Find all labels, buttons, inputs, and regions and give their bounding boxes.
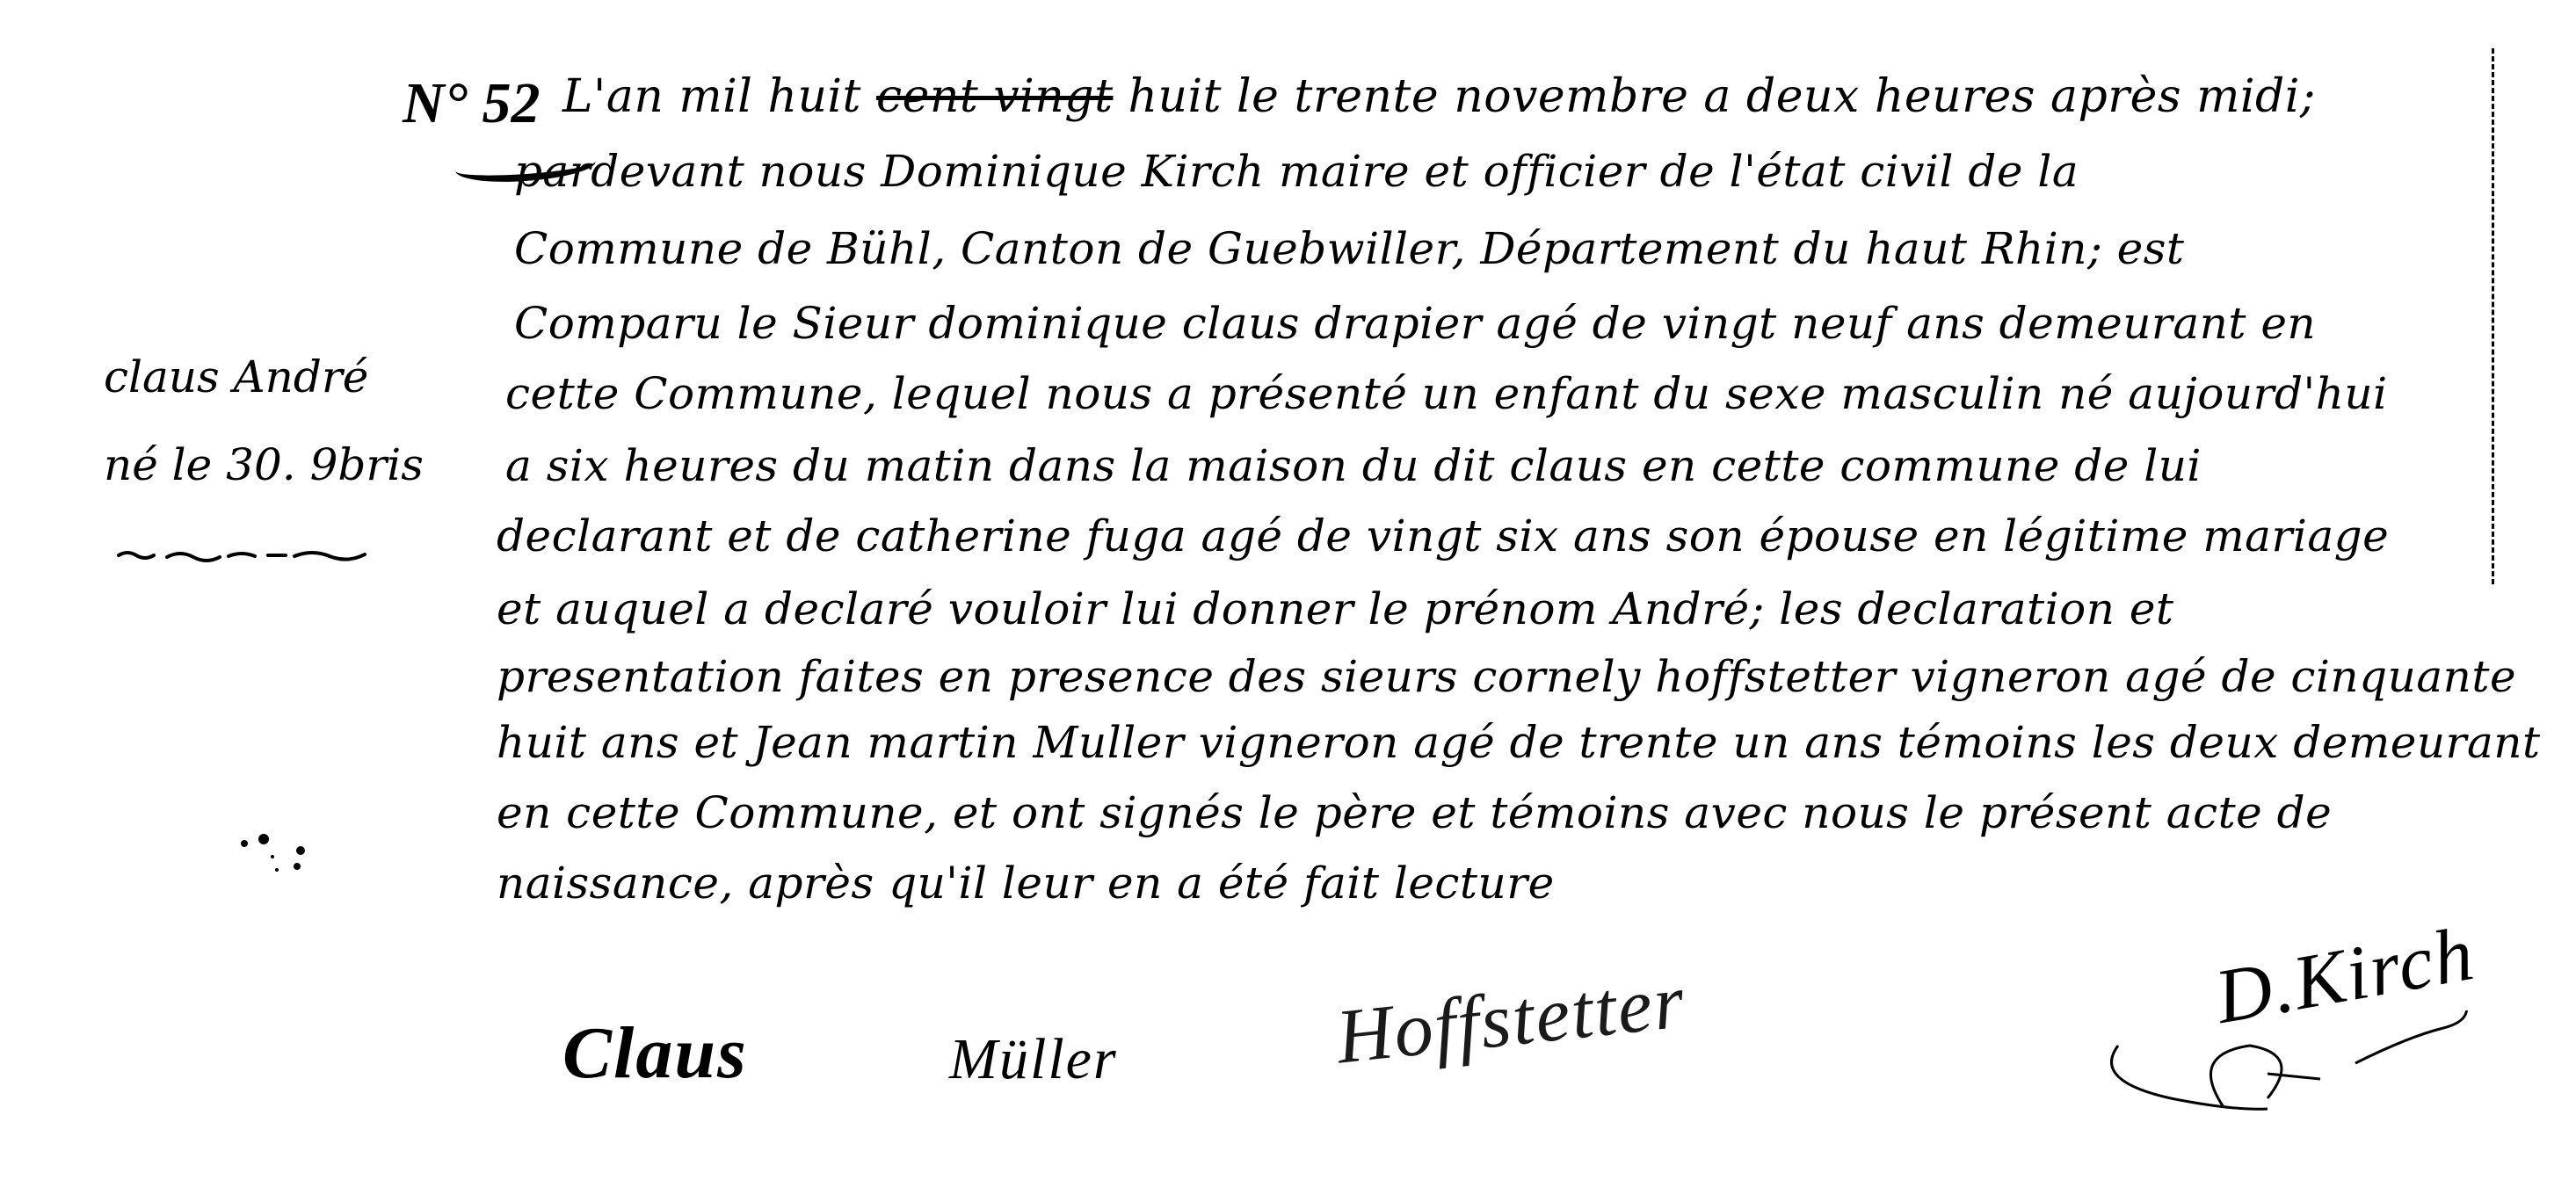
signature-father: Claus [562, 1010, 748, 1096]
margin-wavy-underline [114, 547, 378, 564]
ink-specks [237, 817, 343, 887]
entry-number-text: N° 52 [403, 71, 541, 135]
record-line-8: et auquel a declaré vouloir lui donner l… [497, 587, 2174, 631]
right-margin-rule [2492, 48, 2494, 584]
margin-note-name: claus André [104, 351, 368, 402]
record-line-4: Comparu le Sieur dominique claus drapier… [514, 301, 2316, 345]
entry-number: N° 52 [403, 70, 541, 137]
line-1-struck-text: cent vingt [876, 70, 1114, 123]
mayor-signature-flourish [2101, 1010, 2505, 1125]
line-1-text-after: huit le trente novembre a deux heures ap… [1113, 70, 2315, 123]
record-line-11: en cette Commune, et ont signés le père … [497, 791, 2332, 835]
record-line-10: huit ans et Jean martin Muller vigneron … [497, 720, 2541, 764]
margin-note-birth-date: né le 30. 9bris [104, 439, 424, 490]
line-1-text-before: L'an mil huit [562, 70, 876, 123]
signature-witness-hoffstetter: Hoffstetter [1332, 957, 1690, 1082]
record-line-2: pardevant nous Dominique Kirch maire et … [514, 149, 2079, 193]
record-line-6: a six heures du matin dans la maison du … [505, 444, 2202, 488]
record-line-5: cette Commune, lequel nous a présenté un… [505, 372, 2388, 416]
record-line-7: declarant et de catherine fuga agé de vi… [497, 514, 2389, 558]
record-line-9: presentation faites en presence des sieu… [497, 655, 2516, 699]
signature-witness-muller: Müller [949, 1026, 1118, 1093]
record-line-1: L'an mil huit cent vingt huit le trente … [562, 74, 2316, 119]
record-line-3: Commune de Bühl, Canton de Guebwiller, D… [514, 227, 2185, 271]
scanned-register-page: N° 52 L'an mil huit cent vingt huit le t… [0, 0, 2576, 1202]
record-line-12: naissance, après qu'il leur en a été fai… [497, 861, 1555, 905]
